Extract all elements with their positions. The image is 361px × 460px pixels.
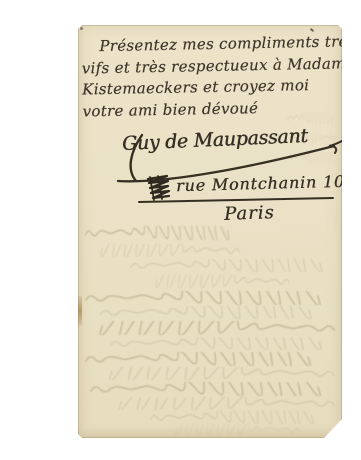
bleed-through-line bbox=[90, 321, 335, 335]
bleed-through-line bbox=[90, 382, 330, 396]
paper-crease bbox=[78, 296, 82, 326]
bleed-through-line bbox=[110, 397, 335, 410]
address-block: rue Montchanin 10 Paris bbox=[138, 171, 348, 255]
bleed-through-line bbox=[85, 291, 330, 305]
bleed-through-line bbox=[150, 411, 320, 424]
bleed-through-line bbox=[100, 367, 335, 380]
letter-body: Présentez mes compliments très vifs et t… bbox=[81, 32, 339, 123]
bleed-through-line bbox=[170, 424, 300, 436]
bleed-through-line bbox=[130, 259, 330, 272]
paper-speck bbox=[80, 27, 83, 30]
letter-photograph: Présentez mes compliments très vifs et t… bbox=[0, 0, 361, 460]
address-street: rue Montchanin 10 bbox=[176, 172, 345, 195]
bleed-through-line bbox=[85, 352, 320, 366]
bleed-through-line bbox=[110, 337, 330, 350]
bleed-through-line bbox=[100, 306, 320, 319]
ink-scribble bbox=[144, 173, 172, 203]
letter-page: Présentez mes compliments très vifs et t… bbox=[78, 25, 342, 438]
bleed-through-line bbox=[150, 275, 290, 288]
address-city: Paris bbox=[224, 202, 275, 225]
